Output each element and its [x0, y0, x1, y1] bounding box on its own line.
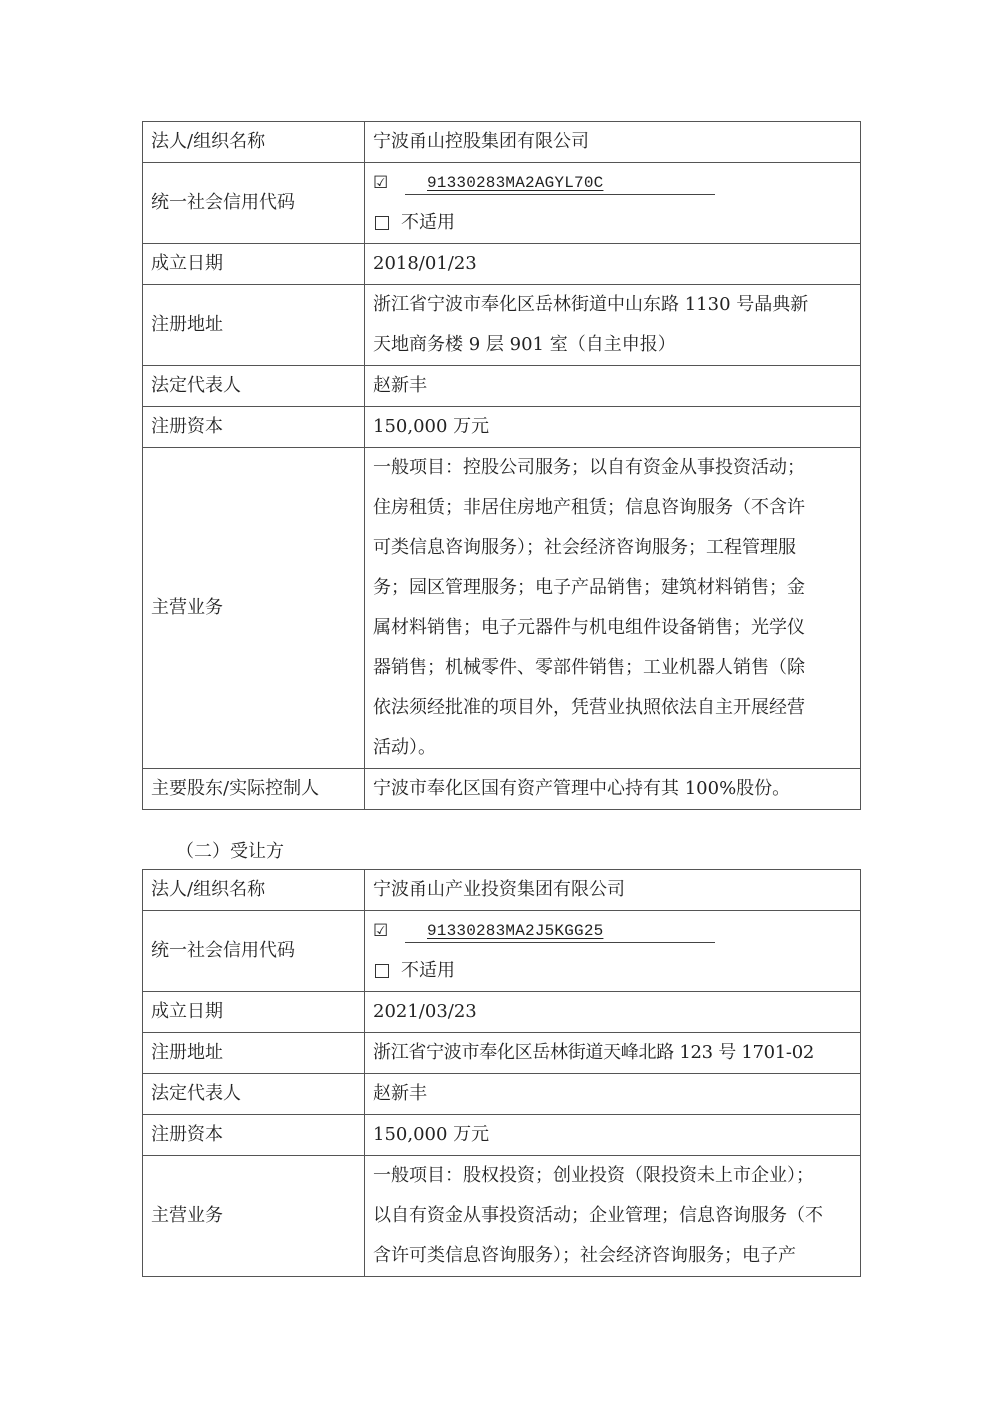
main-business: 一般项目：控股公司服务；以自有资金从事投资活动； 住房租赁；非居住房地产租赁；信…: [365, 448, 861, 769]
row-label: 法人/组织名称: [143, 122, 365, 163]
transferee-info-table: 法人/组织名称 宁波甬山产业投资集团有限公司 统一社会信用代码 ☑ 913302…: [142, 869, 861, 1277]
business-line: 属材料销售；电子元器件与机电组件设备销售；光学仪: [373, 608, 852, 648]
business-line: 以自有资金从事投资活动；企业管理；信息咨询服务（不: [373, 1196, 852, 1236]
credit-code-field: 91330283MA2AGYL70C: [405, 172, 715, 195]
established-date: 2021/03/23: [365, 992, 861, 1033]
credit-code-value: 91330283MA2J5KGG25: [427, 922, 603, 940]
row-label: 成立日期: [143, 244, 365, 285]
row-label: 统一社会信用代码: [143, 911, 365, 992]
unchecked-checkbox-icon: [375, 216, 389, 230]
not-applicable-option: 不适用: [373, 203, 852, 243]
row-label: 注册资本: [143, 1115, 365, 1156]
table-row-legal-rep: 法定代表人 赵新丰: [143, 366, 861, 407]
checked-checkbox-icon: ☑: [373, 921, 391, 941]
registered-address: 浙江省宁波市奉化区岳林街道中山东路 1130 号晶典新 天地商务楼 9 层 90…: [365, 285, 861, 366]
business-line: 含许可类信息咨询服务）；社会经济咨询服务；电子产: [373, 1236, 852, 1276]
credit-code-line: ☑ 91330283MA2AGYL70C: [373, 163, 852, 203]
credit-code-line: ☑ 91330283MA2J5KGG25: [373, 911, 852, 951]
business-line: 活动）。: [373, 728, 852, 768]
major-shareholder: 宁波市奉化区国有资产管理中心持有其 100%股份。: [365, 769, 861, 810]
business-line: 一般项目：股权投资；创业投资（限投资未上市企业）；: [373, 1156, 852, 1196]
section-heading-transferee: （二）受让方: [176, 838, 284, 866]
credit-code-cell: ☑ 91330283MA2J5KGG25 不适用: [365, 911, 861, 992]
row-label: 统一社会信用代码: [143, 163, 365, 244]
row-label: 主要股东/实际控制人: [143, 769, 365, 810]
table-row-business: 主营业务 一般项目：控股公司服务；以自有资金从事投资活动； 住房租赁；非居住房地…: [143, 448, 861, 769]
checked-checkbox-icon: ☑: [373, 173, 391, 193]
credit-code-field: 91330283MA2J5KGG25: [405, 920, 715, 943]
table-row-legal-rep: 法定代表人 赵新丰: [143, 1074, 861, 1115]
address-line: 天地商务楼 9 层 901 室（自主申报）: [373, 325, 852, 365]
credit-code-value: 91330283MA2AGYL70C: [427, 174, 603, 192]
table-row-shareholder: 主要股东/实际控制人 宁波市奉化区国有资产管理中心持有其 100%股份。: [143, 769, 861, 810]
table-row-business: 主营业务 一般项目：股权投资；创业投资（限投资未上市企业）； 以自有资金从事投资…: [143, 1156, 861, 1277]
registered-capital: 150,000 万元: [365, 1115, 861, 1156]
table-row-capital: 注册资本 150,000 万元: [143, 407, 861, 448]
row-label: 主营业务: [143, 448, 365, 769]
company-name: 宁波甬山产业投资集团有限公司: [365, 870, 861, 911]
table-row-name: 法人/组织名称 宁波甬山控股集团有限公司: [143, 122, 861, 163]
company-name: 宁波甬山控股集团有限公司: [365, 122, 861, 163]
business-line: 务；园区管理服务；电子产品销售；建筑材料销售；金: [373, 568, 852, 608]
business-line: 器销售；机械零件、零部件销售；工业机器人销售（除: [373, 648, 852, 688]
business-line: 住房租赁；非居住房地产租赁；信息咨询服务（不含许: [373, 488, 852, 528]
address-line: 浙江省宁波市奉化区岳林街道中山东路 1130 号晶典新: [373, 285, 852, 325]
business-line: 依法须经批准的项目外，凭营业执照依法自主开展经营: [373, 688, 852, 728]
table-row-established: 成立日期 2021/03/23: [143, 992, 861, 1033]
table-row-credit-code: 统一社会信用代码 ☑ 91330283MA2AGYL70C 不适用: [143, 163, 861, 244]
main-business: 一般项目：股权投资；创业投资（限投资未上市企业）； 以自有资金从事投资活动；企业…: [365, 1156, 861, 1277]
row-label: 法人/组织名称: [143, 870, 365, 911]
row-label: 成立日期: [143, 992, 365, 1033]
row-label: 主营业务: [143, 1156, 365, 1277]
business-line: 一般项目：控股公司服务；以自有资金从事投资活动；: [373, 448, 852, 488]
registered-capital: 150,000 万元: [365, 407, 861, 448]
row-label: 注册地址: [143, 1033, 365, 1074]
table-row-established: 成立日期 2018/01/23: [143, 244, 861, 285]
transferor-info-table: 法人/组织名称 宁波甬山控股集团有限公司 统一社会信用代码 ☑ 91330283…: [142, 121, 861, 810]
not-applicable-label: 不适用: [401, 951, 455, 991]
row-label: 法定代表人: [143, 1074, 365, 1115]
row-label: 注册地址: [143, 285, 365, 366]
table-row-address: 注册地址 浙江省宁波市奉化区岳林街道中山东路 1130 号晶典新 天地商务楼 9…: [143, 285, 861, 366]
established-date: 2018/01/23: [365, 244, 861, 285]
row-label: 法定代表人: [143, 366, 365, 407]
legal-representative: 赵新丰: [365, 1074, 861, 1115]
credit-code-cell: ☑ 91330283MA2AGYL70C 不适用: [365, 163, 861, 244]
not-applicable-label: 不适用: [401, 203, 455, 243]
table-row-name: 法人/组织名称 宁波甬山产业投资集团有限公司: [143, 870, 861, 911]
table-row-capital: 注册资本 150,000 万元: [143, 1115, 861, 1156]
unchecked-checkbox-icon: [375, 964, 389, 978]
business-line: 可类信息咨询服务）；社会经济咨询服务；工程管理服: [373, 528, 852, 568]
row-label: 注册资本: [143, 407, 365, 448]
legal-representative: 赵新丰: [365, 366, 861, 407]
document-page: 法人/组织名称 宁波甬山控股集团有限公司 统一社会信用代码 ☑ 91330283…: [0, 0, 1000, 1414]
registered-address: 浙江省宁波市奉化区岳林街道天峰北路 123 号 1701-02: [365, 1033, 861, 1074]
table-row-credit-code: 统一社会信用代码 ☑ 91330283MA2J5KGG25 不适用: [143, 911, 861, 992]
table-row-address: 注册地址 浙江省宁波市奉化区岳林街道天峰北路 123 号 1701-02: [143, 1033, 861, 1074]
not-applicable-option: 不适用: [373, 951, 852, 991]
